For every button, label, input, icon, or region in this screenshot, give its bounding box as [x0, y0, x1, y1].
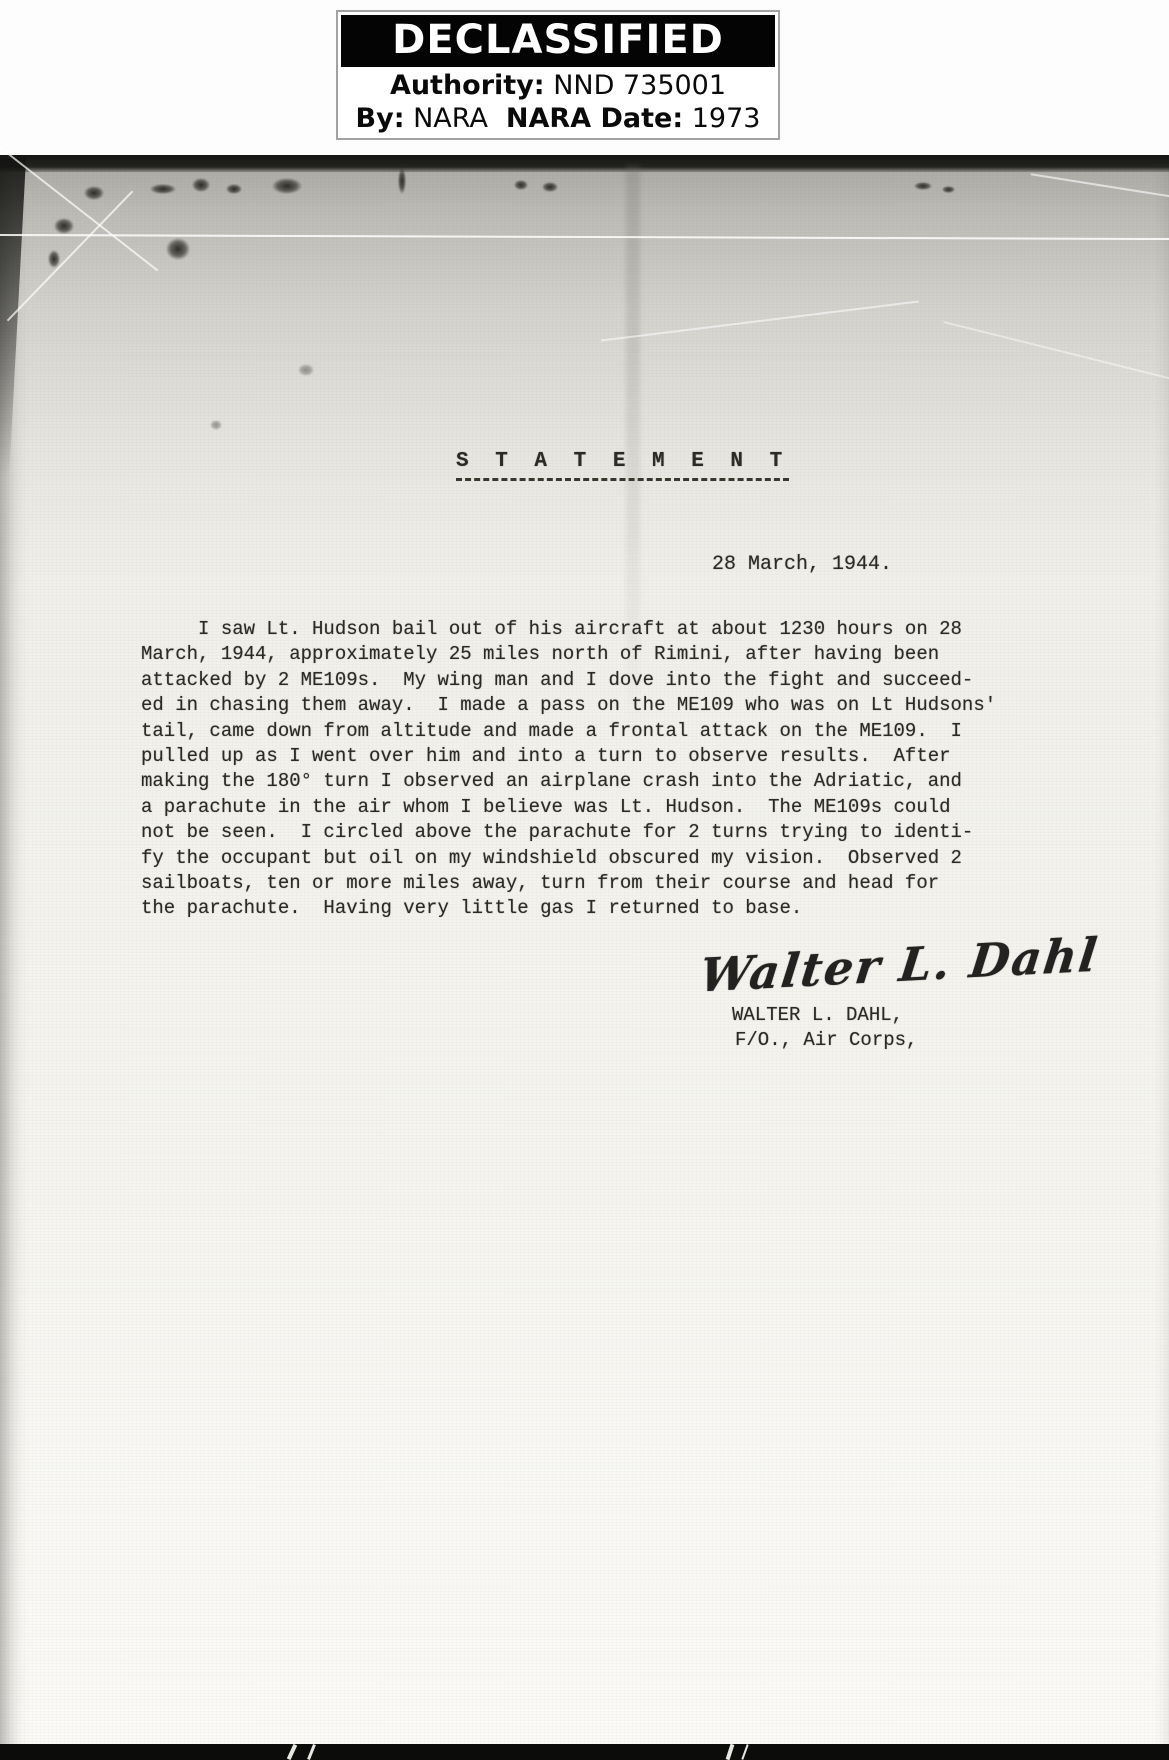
statement-date: 28 March, 1944. [712, 553, 892, 576]
smudge [514, 180, 528, 190]
smudge [48, 250, 60, 268]
declassified-stamp: DECLASSIFIED Authority: NND 735001 By: N… [336, 10, 780, 140]
smudge [226, 184, 242, 194]
smudge [210, 420, 222, 430]
smudge [150, 184, 176, 194]
by-label: By: [356, 103, 405, 134]
smudge [192, 178, 210, 192]
smudge [942, 186, 955, 193]
authority-line: Authority: NND 735001 [341, 69, 775, 102]
by-value: NARA [413, 103, 488, 134]
smudge [298, 364, 314, 376]
nara-date-value: 1973 [692, 103, 761, 134]
smudge [914, 182, 932, 190]
declassified-banner: DECLASSIFIED [341, 15, 775, 67]
smudge [542, 182, 558, 192]
scan-top-edge [0, 155, 1169, 172]
authority-label: Authority: [390, 70, 545, 101]
typed-signature-name: WALTER L. DAHL, [732, 1004, 903, 1026]
authority-value: NND 735001 [553, 70, 726, 101]
nara-date-label: NARA Date: [506, 103, 683, 134]
smudge [398, 168, 406, 194]
by-line: By: NARANARA Date: 1973 [341, 102, 775, 135]
statement-title: S T A T E M E N T [456, 450, 789, 481]
smudge [54, 218, 74, 234]
scan-bottom-edge [0, 1744, 1169, 1760]
typed-signature-rank: F/O., Air Corps, [735, 1029, 917, 1051]
smudge [84, 186, 104, 200]
smudge [272, 178, 302, 194]
smudge [166, 238, 190, 260]
statement-body: I saw Lt. Hudson bail out of his aircraf… [141, 617, 1041, 922]
